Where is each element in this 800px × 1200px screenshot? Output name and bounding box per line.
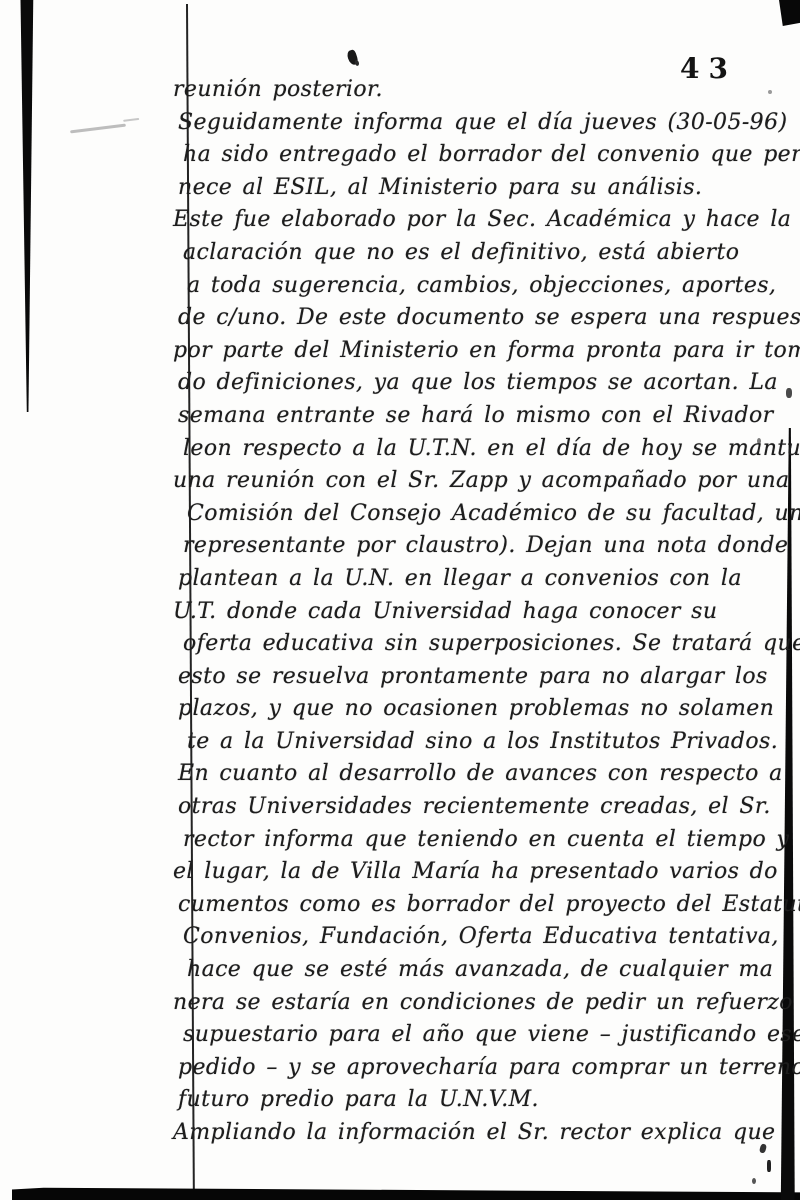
handwritten-line: por parte del Ministerio en forma pronta… (173, 335, 800, 368)
handwritten-line: esto se resuelva prontamente para no ala… (178, 661, 800, 694)
handwritten-line: una reunión con el Sr. Zapp y acompañado… (173, 465, 800, 498)
scan-page: 43 reunión posterior.Seguidamente inform… (0, 0, 800, 1200)
handwritten-line: plantean a la U.N. en llegar a convenios… (178, 563, 800, 596)
ink-speck (767, 1160, 771, 1172)
handwriting-block: reunión posterior.Seguidamente informa q… (178, 74, 800, 1150)
handwritten-line: pedido – y se aprovecharía para comprar … (178, 1052, 800, 1085)
handwritten-line: Ampliando la información el Sr. rector e… (173, 1117, 800, 1150)
handwritten-line: En cuanto al desarrollo de avances con r… (178, 758, 800, 791)
handwritten-line: nera se estaría en condiciones de pedir … (173, 987, 800, 1020)
handwritten-line: reunión posterior. (173, 74, 800, 107)
handwritten-line: a toda sugerencia, cambios, objecciones,… (187, 270, 800, 303)
handwritten-line: leon respecto a la U.T.N. en el día de h… (183, 433, 800, 466)
handwritten-line: plazos, y que no ocasionen problemas no … (178, 693, 800, 726)
handwritten-line: ha sido entregado el borrador del conven… (183, 139, 800, 172)
bottom-scan-bar (12, 1183, 800, 1200)
handwritten-line: nece al ESIL, al Ministerio para su anál… (178, 172, 800, 205)
left-edge-scan-bar (19, 0, 34, 412)
handwritten-line: U.T. donde cada Universidad haga conocer… (173, 596, 800, 629)
handwritten-line: futuro predio para la U.N.V.M. (178, 1084, 800, 1117)
handwritten-line: te a la Universidad sino a los Instituto… (187, 726, 800, 759)
handwritten-line: Este fue elaborado por la Sec. Académica… (173, 204, 800, 237)
handwritten-line: representante por claustro). Dejan una n… (183, 530, 800, 563)
handwritten-line: aclaración que no es el definitivo, está… (183, 237, 800, 270)
ink-blot (346, 49, 359, 66)
handwritten-line: Convenios, Fundación, Oferta Educativa t… (183, 921, 800, 954)
handwritten-line: rector informa que teniendo en cuenta el… (183, 824, 800, 857)
handwritten-line: otras Universidades recientemente creada… (178, 791, 800, 824)
handwritten-line: do definiciones, ya que los tiempos se a… (178, 367, 800, 400)
handwritten-line: hace que se esté más avanzada, de cualqu… (187, 954, 800, 987)
handwritten-line: de c/uno. De este documento se espera un… (178, 302, 800, 335)
ink-speck (752, 1178, 756, 1184)
handwritten-line: oferta educativa sin superposiciones. Se… (183, 628, 800, 661)
handwritten-line: cumentos como es borrador del proyecto d… (178, 889, 800, 922)
pencil-smudge (70, 124, 126, 134)
top-right-corner-scan-mark (779, 0, 800, 26)
handwritten-line: el lugar, la de Villa María ha presentad… (173, 856, 800, 889)
handwritten-line: Comisión del Consejo Académico de su fac… (187, 498, 800, 531)
handwritten-line: semana entrante se hará lo mismo con el … (178, 400, 800, 433)
handwritten-line: supuestario para el año que viene – just… (183, 1019, 800, 1052)
handwritten-line: Seguidamente informa que el día jueves (… (178, 107, 800, 140)
